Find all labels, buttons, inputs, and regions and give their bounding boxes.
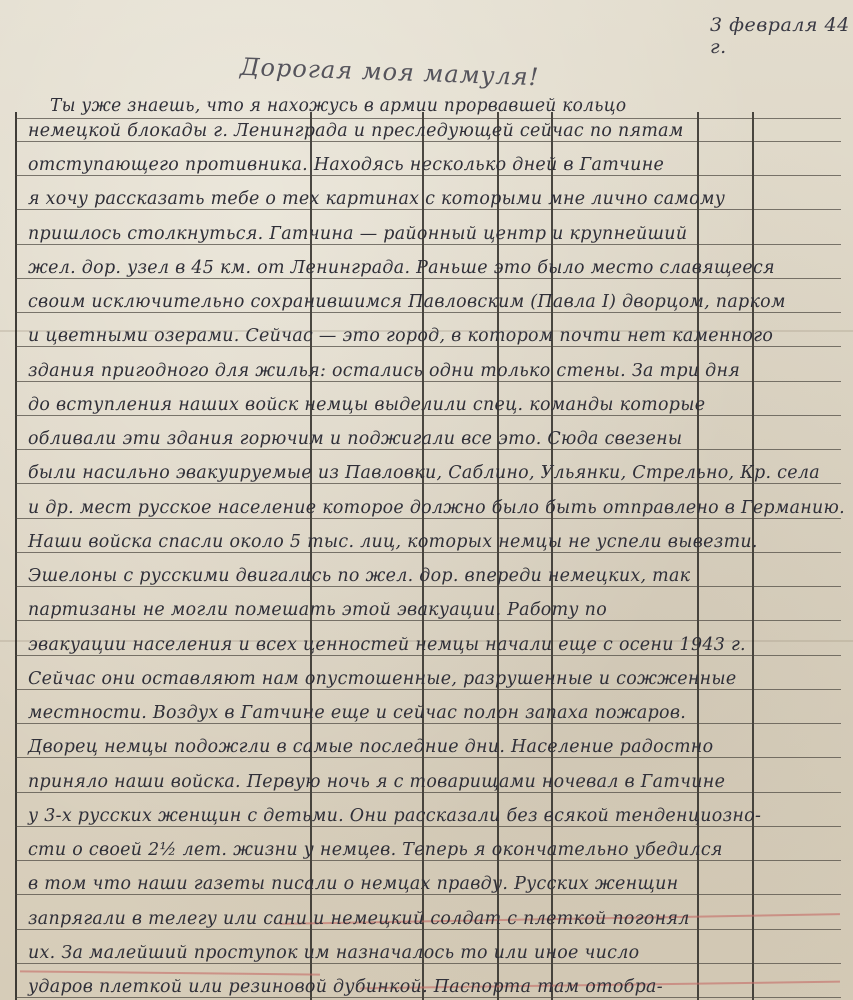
letter-line: в том что наши газеты писали о немцах пр… [28, 874, 845, 894]
ledger-vertical-rule [551, 112, 553, 1000]
ruled-line [15, 415, 841, 416]
ruled-line [15, 552, 841, 553]
letter-line: сти о своей 2½ лет. жизни у немцев. Тепе… [28, 840, 845, 860]
ruled-line [15, 860, 841, 861]
ledger-vertical-rule [422, 112, 424, 1000]
ruled-line [15, 118, 841, 119]
letter-date: 3 февраля 44 г. [710, 14, 853, 58]
ledger-vertical-rule [15, 112, 17, 1000]
letter-line: Дворец немцы подожгли в самые последние … [28, 737, 845, 757]
letter-page: 3 февраля 44 г. Дорогая моя мамуля! Ты у… [0, 0, 853, 1000]
letter-line: пришлось столкнуться. Гатчина — районный… [28, 224, 845, 244]
letter-line: эвакуации населения и всех ценностей нем… [28, 635, 845, 655]
letter-line: Наши войска спасли около 5 тыс. лиц, кот… [28, 532, 845, 552]
ruled-line [15, 381, 841, 382]
ruled-line [15, 209, 841, 210]
letter-line: здания пригодного для жилья: остались од… [28, 361, 845, 381]
ruled-line [15, 963, 841, 964]
letter-line: немецкой блокады г. Ленинграда и преслед… [28, 121, 845, 141]
ruled-line [15, 141, 841, 142]
letter-line: были насильно эвакуируемые из Павловки, … [28, 463, 845, 483]
ruled-line [15, 894, 841, 895]
letter-line: я хочу рассказать тебе о тех картинах с … [28, 189, 845, 209]
ledger-vertical-rule [497, 112, 499, 1000]
letter-line: запрягали в телегу или сани и немецкий с… [28, 909, 845, 929]
ruled-line [15, 826, 841, 827]
ruled-line [15, 483, 841, 484]
ruled-line [15, 449, 841, 450]
letter-line: отступающего противника. Находясь нескол… [28, 155, 845, 175]
ruled-line [15, 586, 841, 587]
ruled-line [15, 620, 841, 621]
ruled-line [15, 997, 841, 998]
ruled-line [15, 278, 841, 279]
ruled-line [15, 518, 841, 519]
letter-line: у 3-х русских женщин с детьми. Они расск… [28, 806, 845, 826]
letter-line: Эшелоны с русскими двигались по жел. дор… [28, 566, 845, 586]
ruled-line [15, 244, 841, 245]
ruled-line [15, 929, 841, 930]
letter-line: местности. Воздух в Гатчине еще и сейчас… [28, 703, 845, 723]
letter-line: Сейчас они оставляют нам опустошенные, р… [28, 669, 845, 689]
letter-line: жел. дор. узел в 45 км. от Ленинграда. Р… [28, 258, 845, 278]
letter-line: и др. мест русское население которое дол… [28, 498, 843, 518]
ruled-line [15, 312, 841, 313]
ruled-line [15, 346, 841, 347]
ruled-line [15, 723, 841, 724]
letter-line: Ты уже знаешь, что я нахожусь в армии пр… [50, 96, 845, 116]
ledger-vertical-rule [752, 112, 754, 1000]
letter-line: своим исключительно сохранившимся Павлов… [28, 292, 845, 312]
ruled-line [15, 757, 841, 758]
ruled-line [15, 175, 841, 176]
letter-line: партизаны не могли помешать этой эвакуац… [28, 600, 845, 620]
ruled-line [15, 689, 841, 690]
letter-salutation: Дорогая моя мамуля! [240, 53, 540, 91]
red-pencil-mark [20, 970, 320, 975]
ledger-vertical-rule [697, 112, 699, 1000]
ledger-vertical-rule [310, 112, 312, 1000]
letter-line: приняло наши войска. Первую ночь я с тов… [28, 772, 845, 792]
ruled-line [15, 792, 841, 793]
letter-line: и цветными озерами. Сейчас — это город, … [28, 326, 845, 346]
letter-line: их. За малейший проступок им назначалось… [28, 943, 845, 963]
letter-line: ударов плеткой или резиновой дубинкой. П… [28, 977, 845, 997]
ruled-line [15, 655, 841, 656]
letter-line: до вступления наших войск немцы выделили… [28, 395, 845, 415]
letter-line: обливали эти здания горючим и поджигали … [28, 429, 845, 449]
